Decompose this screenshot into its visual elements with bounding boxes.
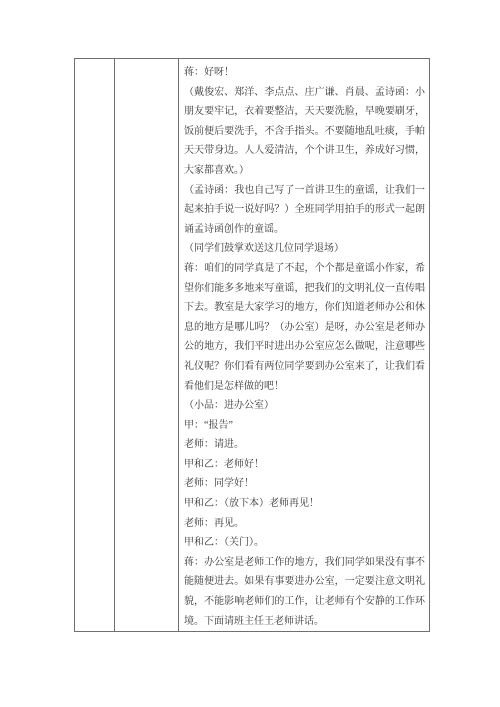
script-paragraph: 蒋：好呀！ [184, 63, 425, 83]
script-paragraph: 蒋：办公室是老师工作的地方，我们同学如果没有事不能随便进去。如果有事要进办公室，… [184, 553, 425, 631]
script-paragraph: （孟诗函：我也自己写了一首讲卫生的童谣，让我们一起来拍手说一说好吗？）全班同学用… [184, 181, 425, 240]
script-paragraph: 老师：请进。 [184, 435, 425, 455]
script-paragraph: 甲：“报告” [184, 416, 425, 436]
script-paragraph: （小品：进办公室） [184, 396, 425, 416]
table-cell-left-empty [75, 59, 115, 631]
script-paragraph: 甲和乙：老师好！ [184, 455, 425, 475]
table-cell-script-text: 蒋：好呀！（戴俊宏、郑洋、李点点、庄广谦、肖晨、孟诗函：小朋友要牢记，衣着要整洁… [179, 59, 429, 631]
document-page: 蒋：好呀！（戴俊宏、郑洋、李点点、庄广谦、肖晨、孟诗函：小朋友要牢记，衣着要整洁… [0, 0, 500, 707]
script-paragraph: 老师：再见。 [184, 514, 425, 534]
script-paragraph: （戴俊宏、郑洋、李点点、庄广谦、肖晨、孟诗函：小朋友要牢记，衣着要整洁，天天要洗… [184, 83, 425, 181]
script-paragraph: （同学们鼓掌欢送这几位同学退场） [184, 239, 425, 259]
table-cell-middle-empty [115, 59, 179, 631]
script-paragraph: 甲和乙：（放下本）老师再见！ [184, 494, 425, 514]
script-table: 蒋：好呀！（戴俊宏、郑洋、李点点、庄广谦、肖晨、孟诗函：小朋友要牢记，衣着要整洁… [74, 58, 430, 632]
script-paragraph: 甲和乙：（关门）。 [184, 533, 425, 553]
script-paragraph: 老师：同学好！ [184, 474, 425, 494]
script-paragraph: 蒋：咱们的同学真是了不起，个个都是童谣小作家，希望你们能多多地来写童谣，把我们的… [184, 259, 425, 396]
